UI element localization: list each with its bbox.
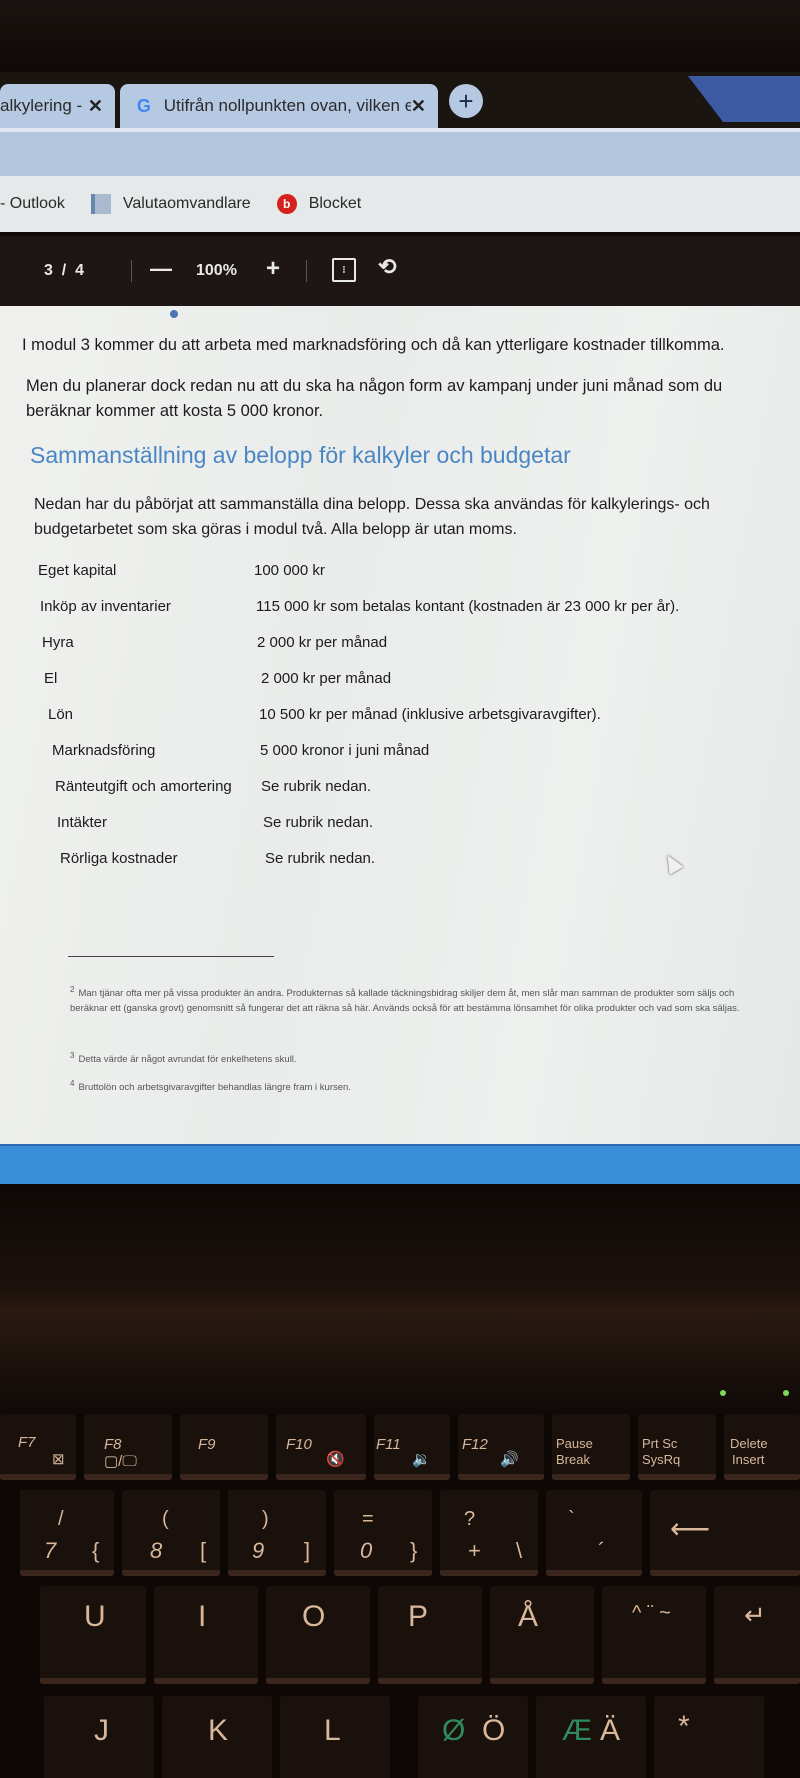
new-tab-button[interactable]: + [449, 84, 483, 118]
key-shift-label: = [362, 1508, 374, 1531]
footnote-text: Bruttolön och arbetsgivaravgifter behand… [78, 1082, 350, 1093]
key-delete[interactable]: Delete Insert [724, 1414, 800, 1480]
volume-up-icon: 🔊 [500, 1450, 519, 1468]
address-bar[interactable] [0, 128, 800, 178]
key-label: F9 [198, 1436, 216, 1453]
mute-icon: 🔇 [326, 1450, 345, 1468]
item-label: El [44, 670, 57, 687]
item-label: Marknadsföring [52, 742, 155, 759]
key-label: ´ [598, 1538, 605, 1564]
pdf-page: I modul 3 kommer du att arbeta med markn… [0, 306, 800, 1144]
key-altgr-label: } [410, 1538, 417, 1564]
key-altgr-label: { [92, 1538, 99, 1564]
key-alt-label: Ø [442, 1714, 465, 1748]
document-icon [91, 194, 111, 214]
key-8[interactable]: ( 8 [ [122, 1490, 220, 1576]
key-7[interactable]: / 7 { [20, 1490, 114, 1576]
key-enter[interactable]: ↵ [714, 1586, 800, 1684]
key-label: F12 [462, 1436, 488, 1453]
key-0[interactable]: = 0 } [334, 1490, 432, 1576]
key-f10[interactable]: F10 🔇 [276, 1414, 366, 1480]
footnote-number: 3 [70, 1051, 74, 1060]
key-label: 0 [360, 1538, 372, 1564]
bookmark-label: Blocket [309, 195, 361, 213]
close-icon[interactable]: ✕ [88, 96, 103, 117]
key-label: K [208, 1714, 228, 1748]
key-asterisk[interactable]: * [654, 1696, 764, 1778]
screen-bezel [0, 0, 800, 72]
item-label: Rörliga kostnader [60, 850, 178, 867]
key-label: F8 [104, 1436, 122, 1453]
key-altgr-label: [ [200, 1538, 206, 1564]
tab-google-search[interactable]: G Utifrån nollpunkten ovan, vilken e ✕ [120, 84, 438, 128]
laptop-keyboard: F7 ⊠ F8 ▢/🖵 F9 F10 🔇 F11 🔉 F12 🔊 Pause B… [0, 1414, 800, 1778]
blocket-icon: b [277, 194, 297, 214]
window-frame-accent [660, 76, 800, 122]
key-i[interactable]: I [154, 1586, 258, 1684]
footnote-2: 2Man tjänar ofta mer på vissa produkter … [70, 982, 740, 1016]
key-label: L [324, 1714, 341, 1748]
zoom-level[interactable]: 100% [196, 262, 237, 280]
item-value: 2 000 kr per månad [257, 634, 387, 651]
key-plus[interactable]: ? + \ [440, 1490, 538, 1576]
key-acute[interactable]: ` ´ [546, 1490, 642, 1576]
key-label: O [302, 1600, 325, 1634]
key-label: F7 [18, 1434, 36, 1451]
key-a-umlaut[interactable]: Æ Ä [536, 1696, 646, 1778]
item-label: Lön [48, 706, 73, 723]
key-label: J [94, 1714, 109, 1748]
bookmark-blocket[interactable]: b Blocket [277, 194, 361, 214]
item-value: Se rubrik nedan. [265, 850, 375, 867]
key-u[interactable]: U [40, 1586, 146, 1684]
item-value: Se rubrik nedan. [261, 778, 371, 795]
key-f11[interactable]: F11 🔉 [374, 1414, 450, 1480]
item-value: Se rubrik nedan. [263, 814, 373, 831]
key-print-screen[interactable]: Prt Sc SysRq [638, 1414, 716, 1480]
bookmark-valutaomvandlare[interactable]: Valutaomvandlare [91, 194, 251, 214]
zoom-out-button[interactable]: — [150, 256, 172, 282]
divider [306, 260, 307, 282]
item-label: Hyra [42, 634, 74, 651]
key-backspace[interactable]: ⟵ [650, 1490, 800, 1576]
key-label: Ä [600, 1714, 620, 1748]
key-label: Pause [556, 1436, 593, 1451]
footnote-number: 4 [70, 1079, 74, 1088]
backspace-arrow-icon: ⟵ [670, 1512, 710, 1545]
key-f8[interactable]: F8 ▢/🖵 [84, 1414, 172, 1480]
section-heading: Sammanställning av belopp för kalkyler o… [30, 442, 571, 469]
touchpad-off-icon: ⊠ [52, 1450, 65, 1468]
tab-strip: alkylering - ✕ G Utifrån nollpunkten ova… [0, 72, 800, 128]
key-altgr-label: \ [516, 1538, 522, 1564]
pdf-toolbar: 3 / 4 — 100% + ⁝ ⟲ [0, 236, 800, 308]
key-label: Delete [730, 1436, 768, 1451]
zoom-in-button[interactable]: + [266, 255, 280, 283]
key-j[interactable]: J [44, 1696, 154, 1778]
key-label: I [198, 1600, 206, 1634]
key-f7[interactable]: F7 ⊠ [0, 1414, 76, 1480]
volume-down-icon: 🔉 [412, 1450, 431, 1468]
bookmark-label: Valutaomvandlare [123, 195, 251, 213]
paragraph-campaign: Men du planerar dock redan nu att du ska… [26, 374, 746, 424]
key-sublabel: SysRq [642, 1452, 680, 1467]
key-o-umlaut[interactable]: Ø Ö [418, 1696, 528, 1778]
google-icon: G [134, 96, 154, 116]
display-switch-icon: ▢/🖵 [104, 1452, 137, 1470]
key-label: Prt Sc [642, 1436, 677, 1451]
key-label: F10 [286, 1436, 312, 1453]
bookmark-label: - Outlook [0, 195, 65, 213]
item-value: 100 000 kr [254, 562, 325, 579]
item-value: 2 000 kr per månad [261, 670, 391, 687]
paragraph-marketing: I modul 3 kommer du att arbeta med markn… [22, 336, 725, 355]
key-f9[interactable]: F9 [180, 1414, 268, 1480]
key-label: 8 [150, 1538, 162, 1564]
paragraph-intro: Nedan har du påbörjat att sammanställa d… [34, 492, 754, 542]
key-shift-label: ? [464, 1508, 475, 1531]
mouse-cursor-icon [661, 851, 684, 875]
enter-arrow-icon: ↵ [744, 1600, 766, 1631]
key-shift-label: ` [568, 1508, 575, 1531]
status-led-icon [783, 1390, 789, 1396]
footnote-text: Man tjänar ofta mer på vissa produkter ä… [70, 988, 740, 1014]
fit-to-page-icon[interactable]: ⁝ [332, 258, 356, 282]
close-icon[interactable]: ✕ [411, 96, 426, 117]
key-a-ring[interactable]: Å [490, 1586, 594, 1684]
key-f12[interactable]: F12 🔊 [458, 1414, 544, 1480]
key-label: + [468, 1538, 481, 1564]
footnote-divider [68, 956, 274, 957]
key-shift-label: ) [262, 1508, 269, 1531]
key-k[interactable]: K [162, 1696, 272, 1778]
laptop-hinge [0, 1184, 800, 1414]
key-label: 7 [44, 1538, 56, 1564]
item-label: Inköp av inventarier [40, 598, 171, 615]
bookmarks-bar: - Outlook Valutaomvandlare b Blocket [0, 176, 800, 232]
page-indicator[interactable]: 3 / 4 [44, 262, 84, 280]
key-sublabel: Break [556, 1452, 590, 1467]
footnote-3: 3Detta värde är något avrundat för enkel… [70, 1048, 740, 1067]
footnote-number: 2 [70, 985, 74, 994]
scroll-indicator [170, 310, 178, 318]
footnote-text: Detta värde är något avrundat för enkelh… [78, 1054, 296, 1065]
item-value: 10 500 kr per månad (inklusive arbetsgiv… [259, 706, 601, 723]
key-shift-label: / [58, 1508, 64, 1531]
key-caret[interactable]: ^ ¨ ~ [602, 1586, 706, 1684]
key-o[interactable]: O [266, 1586, 370, 1684]
key-9[interactable]: ) 9 ] [228, 1490, 326, 1576]
key-l[interactable]: L [280, 1696, 390, 1778]
divider [131, 260, 132, 282]
item-label: Ränteutgift och amortering [55, 778, 232, 795]
taskbar [0, 1144, 800, 1186]
key-altgr-label: ] [304, 1538, 310, 1564]
item-value: 115 000 kr som betalas kontant (kostnade… [256, 598, 679, 615]
key-p[interactable]: P [378, 1586, 482, 1684]
tab-label: Utifrån nollpunkten ovan, vilken e [164, 96, 411, 116]
tab-label: alkylering - [0, 96, 82, 116]
tab-kalkylering[interactable]: alkylering - ✕ [0, 84, 115, 128]
rotate-icon[interactable]: ⟲ [378, 254, 396, 280]
key-label: Å [518, 1600, 538, 1634]
footnote-4: 4Bruttolön och arbetsgivaravgifter behan… [70, 1076, 740, 1095]
key-alt-label: Æ [562, 1714, 592, 1748]
key-pause-break[interactable]: Pause Break [552, 1414, 630, 1480]
key-label: U [84, 1600, 106, 1634]
item-label: Eget kapital [38, 562, 116, 579]
bookmark-outlook[interactable]: - Outlook [0, 195, 65, 213]
key-label: F11 [376, 1436, 401, 1453]
key-label: * [678, 1710, 690, 1744]
key-label: ^ ¨ ~ [632, 1602, 671, 1625]
item-label: Intäkter [57, 814, 107, 831]
status-led-icon [720, 1390, 726, 1396]
key-label: P [408, 1600, 428, 1634]
key-label: 9 [252, 1538, 264, 1564]
item-value: 5 000 kronor i juni månad [260, 742, 429, 759]
key-shift-label: ( [162, 1508, 169, 1531]
key-label: Ö [482, 1714, 505, 1748]
key-sublabel: Insert [732, 1452, 765, 1467]
